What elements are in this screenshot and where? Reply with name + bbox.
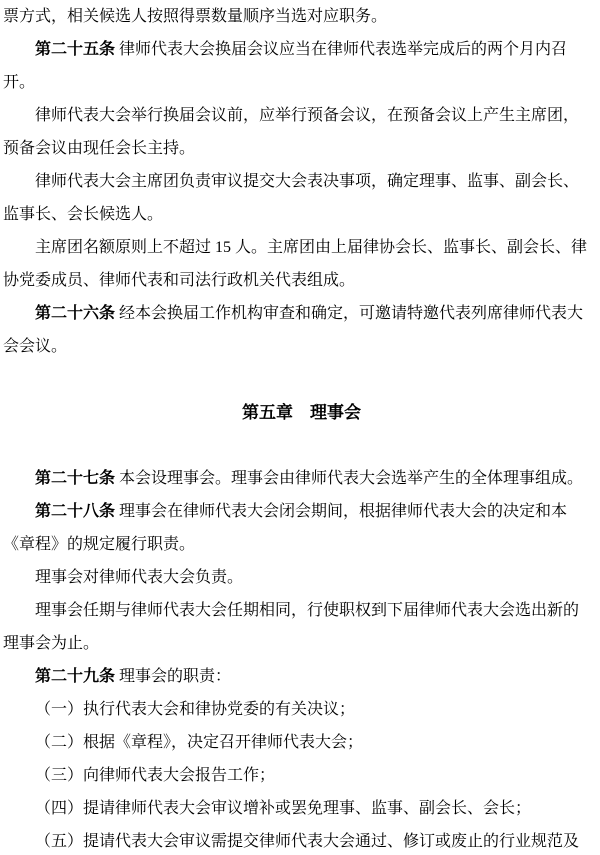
paragraph: （四）提请律师代表大会审议增补或罢免理事、监事、副会长、会长； <box>3 792 600 825</box>
document-page: 票方式，相关候选人按照得票数量顺序当选对应职务。第二十五条 律师代表大会换届会议… <box>0 0 600 855</box>
paragraph: 主席团名额原则上不超过 15 人。主席团由上届律协会长、监事长、副会长、律 协党… <box>3 231 600 297</box>
text-run: （五）提请代表大会审议需提交律师代表大会通过、修订或废止的行业规范及 <box>35 833 579 850</box>
paragraph: 理事会对律师代表大会负责。 <box>3 561 600 594</box>
paragraph: 理事会任期与律师代表大会任期相同，行使职权到下届律师代表大会选出新的 理事会为止… <box>3 594 600 660</box>
paragraph: （五）提请代表大会审议需提交律师代表大会通过、修订或废止的行业规范及 <box>3 825 600 855</box>
blank-line <box>3 429 600 462</box>
text-run: 理事会任期与律师代表大会任期相同，行使职权到下届律师代表大会选出新的 理事会为止… <box>3 602 579 652</box>
bold-text-run: 第二十八条 <box>35 503 115 520</box>
paragraph: 第二十八条 理事会在律师代表大会闭会期间，根据律师代表大会的决定和本 《章程》的… <box>3 495 600 561</box>
text-run: （一）执行代表大会和律协党委的有关决议； <box>35 701 355 718</box>
paragraph: （二）根据《章程》，决定召开律师代表大会； <box>3 726 600 759</box>
text-run: 律师代表大会举行换届会议前，应举行预备会议，在预备会议上产生主席团， 预备会议由… <box>3 107 579 157</box>
text-run: 律师代表大会主席团负责审议提交大会表决事项，确定理事、监事、副会长、 监事长、会… <box>3 173 579 223</box>
bold-text-run: 第二十七条 <box>35 470 115 487</box>
text-run: 主席团名额原则上不超过 15 人。主席团由上届律协会长、监事长、副会长、律 协党… <box>3 239 587 289</box>
paragraph: 第二十六条 经本会换届工作机构审查和确定，可邀请特邀代表列席律师代表大 会会议。 <box>3 297 600 363</box>
paragraph: 律师代表大会主席团负责审议提交大会表决事项，确定理事、监事、副会长、 监事长、会… <box>3 165 600 231</box>
paragraph: 第二十五条 律师代表大会换届会议应当在律师代表选举完成后的两个月内召 开。 <box>3 33 600 99</box>
text-run: （四）提请律师代表大会审议增补或罢免理事、监事、副会长、会长； <box>35 800 531 817</box>
text-run: 本会设理事会。理事会由律师代表大会选举产生的全体理事组成。 <box>115 470 583 487</box>
bold-text-run: 第二十六条 <box>35 305 115 322</box>
blank-line <box>3 363 600 396</box>
text-run: （三）向律师代表大会报告工作； <box>35 767 275 784</box>
chapter-heading: 第五章 理事会 <box>3 396 600 429</box>
paragraph: 第二十九条 理事会的职责： <box>3 660 600 693</box>
paragraph: （一）执行代表大会和律协党委的有关决议； <box>3 693 600 726</box>
bold-text-run: 第五章 理事会 <box>242 403 361 422</box>
bold-text-run: 第二十五条 <box>35 41 115 58</box>
text-run: （二）根据《章程》，决定召开律师代表大会； <box>35 734 363 751</box>
text-run: 理事会的职责： <box>115 668 231 685</box>
text-run: 票方式，相关候选人按照得票数量顺序当选对应职务。 <box>3 8 387 25</box>
bold-text-run: 第二十九条 <box>35 668 115 685</box>
paragraph: 票方式，相关候选人按照得票数量顺序当选对应职务。 <box>3 0 600 33</box>
paragraph: 律师代表大会举行换届会议前，应举行预备会议，在预备会议上产生主席团， 预备会议由… <box>3 99 600 165</box>
paragraph: 第二十七条 本会设理事会。理事会由律师代表大会选举产生的全体理事组成。 <box>3 462 600 495</box>
paragraph: （三）向律师代表大会报告工作； <box>3 759 600 792</box>
text-run: 理事会对律师代表大会负责。 <box>35 569 243 586</box>
